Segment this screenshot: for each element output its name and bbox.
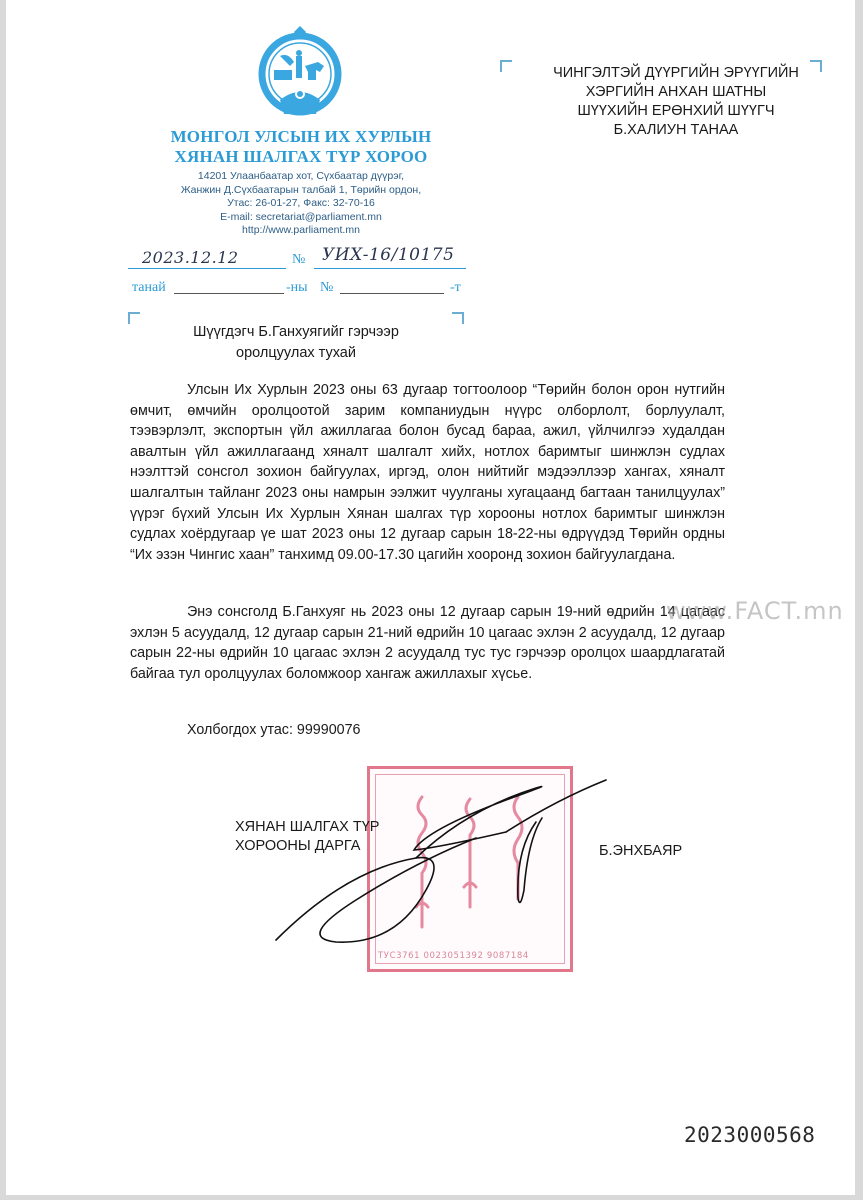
email: E-mail: secretariat@parliament.mn <box>126 211 476 225</box>
address-line: Жанжин Д.Сүхбаатарын талбай 1, Төрийн ор… <box>126 184 476 198</box>
phone-fax: Утас: 26-01-27, Факс: 32-70-16 <box>126 197 476 211</box>
subject: Шүүгдэгч Б.Ганхуягийг гэрчээр оролцуулах… <box>126 322 466 364</box>
handwritten-signature-icon <box>266 770 636 950</box>
number-label: № <box>292 252 305 268</box>
serial-number: 2023000568 <box>684 1123 815 1147</box>
recipient-address: ЧИНГЭЛТЭЙ ДҮҮРГИЙН ЭРҮҮГИЙН ХЭРГИЙН АНХА… <box>506 64 846 140</box>
document-page: МОНГОЛ УЛСЫН ИХ ХУРЛЫН ХЯНАН ШАЛГАХ ТҮР … <box>6 0 855 1195</box>
your-label: танай <box>132 280 166 296</box>
body-paragraph-1: Улсын Их Хурлын 2023 оны 63 дугаар тогто… <box>130 380 725 565</box>
your-suffix: -ны <box>286 280 308 296</box>
watermark: www.FACT.mn <box>666 597 844 625</box>
body-paragraph-2: Энэ сонсголд Б.Ганхуяг нь 2023 оны 12 ду… <box>130 602 725 684</box>
stamp-code: ТУС3761 0023051392 9087184 <box>378 951 529 961</box>
organization-name: МОНГОЛ УЛСЫН ИХ ХУРЛЫН ХЯНАН ШАЛГАХ ТҮР … <box>126 127 476 167</box>
your-number-label: № <box>320 280 333 296</box>
contact-phone: Холбогдох утас: 99990076 <box>187 722 361 738</box>
address-line: 14201 Улаанбаатар хот, Сүхбаатар дүүрэг, <box>126 170 476 184</box>
handwritten-date: 2023.12.12 <box>142 248 239 267</box>
website: http://www.parliament.mn <box>126 224 476 238</box>
your-number-suffix: -т <box>450 280 461 296</box>
mongolia-state-emblem-icon <box>250 22 350 122</box>
handwritten-number: УИХ-16/10175 <box>322 245 454 265</box>
organization-contact-info: 14201 Улаанбаатар хот, Сүхбаатар дүүрэг,… <box>126 170 476 238</box>
